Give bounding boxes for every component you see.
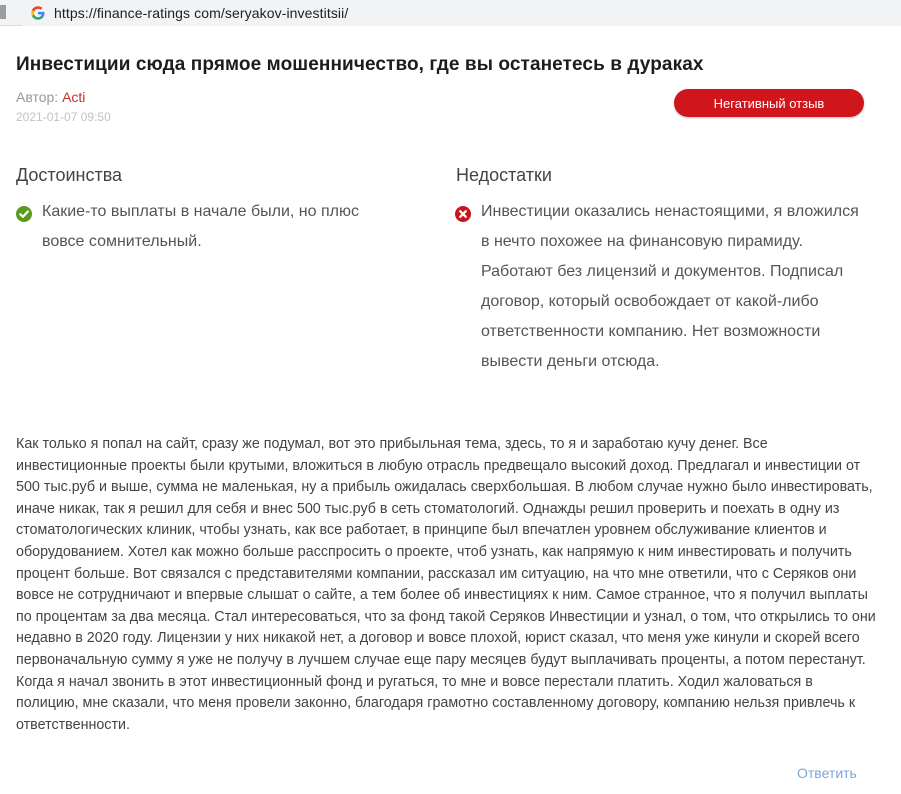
review-date: 2021-01-07 09:50: [16, 110, 111, 124]
browser-address-bar: https://finance-ratings com/seryakov-inv…: [0, 0, 901, 26]
review-title: Инвестиции сюда прямое мошенничество, гд…: [16, 54, 704, 76]
cons-heading: Недостатки: [456, 165, 552, 186]
reload-icon[interactable]: [0, 5, 6, 19]
review-author: Автор: Acti: [16, 89, 85, 105]
x-circle-icon: [455, 206, 471, 222]
cons-text: Инвестиции оказались ненастоящими, я вло…: [481, 197, 871, 377]
pros-text: Какие-то выплаты в начале были, но плюс …: [42, 197, 402, 257]
review-body: Как только я попал на сайт, сразу же под…: [16, 434, 876, 736]
negative-review-badge: Негативный отзыв: [674, 89, 864, 117]
omnibox[interactable]: https://finance-ratings com/seryakov-inv…: [22, 0, 901, 26]
google-g-icon: [30, 5, 46, 21]
check-circle-icon: [16, 206, 32, 222]
url-text[interactable]: https://finance-ratings com/seryakov-inv…: [54, 5, 348, 21]
cons-item: Инвестиции оказались ненастоящими, я вло…: [455, 203, 875, 377]
author-name-link[interactable]: Acti: [62, 89, 85, 105]
pros-item: Какие-то выплаты в начале были, но плюс …: [16, 203, 416, 257]
pros-heading: Достоинства: [16, 165, 122, 186]
reply-link[interactable]: Ответить: [797, 765, 857, 781]
author-label: Автор:: [16, 89, 58, 105]
